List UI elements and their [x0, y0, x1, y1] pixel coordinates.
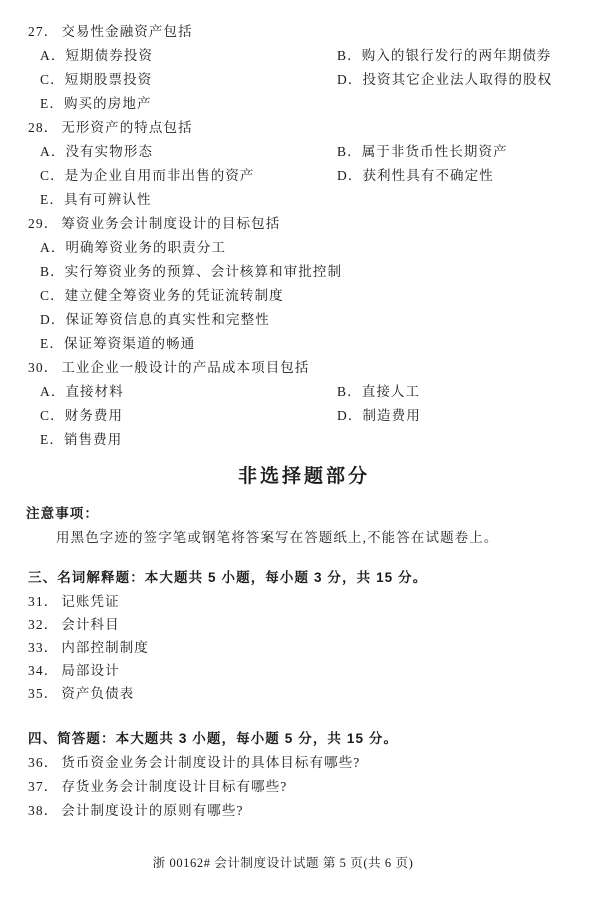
item-36-number: 36． [28, 755, 61, 770]
question-28-title-text: 无形资产的特点包括 [61, 120, 192, 135]
section-3-heading: 三、名词解释题：本大题共 5 小题，每小题 3 分，共 15 分。 [28, 566, 580, 590]
item-37: 37．存货业务会计制度设计目标有哪些? [28, 775, 580, 799]
item-31-number: 31． [28, 594, 61, 609]
option-row: C．建立健全筹资业务的凭证流转制度 [28, 284, 580, 308]
section-4-items: 36．货币资金业务会计制度设计的具体目标有哪些? 37．存货业务会计制度设计目标… [28, 751, 580, 823]
question-28-number: 28． [28, 120, 61, 135]
item-32-number: 32． [28, 617, 61, 632]
question-30-title-text: 工业企业一般设计的产品成本项目包括 [61, 360, 309, 375]
option-row: C．财务费用 D．制造费用 [28, 404, 580, 428]
option-28-e: E．具有可辨认性 [40, 192, 152, 207]
item-37-text: 存货业务会计制度设计目标有哪些? [61, 779, 287, 794]
option-27-d: D．投资其它企业法人取得的股权 [337, 68, 552, 92]
section-4-heading: 四、简答题：本大题共 3 小题，每小题 5 分，共 15 分。 [28, 727, 580, 751]
option-30-c-text: 财务费用 [65, 408, 123, 423]
option-29-b: B．实行筹资业务的预算、会计核算和审批控制 [40, 264, 342, 279]
section-3: 三、名词解释题：本大题共 5 小题，每小题 3 分，共 15 分。 31．记账凭… [28, 566, 580, 705]
option-28-a: A．没有实物形态 [40, 140, 337, 164]
question-28: 28．无形资产的特点包括 A．没有实物形态 B．属于非货币性长期资产 C．是为企… [28, 116, 580, 212]
question-29-number: 29． [28, 216, 61, 231]
notice-heading: 注意事项： [26, 502, 580, 526]
option-28-d: D．获利性具有不确定性 [337, 164, 494, 188]
option-28-c-text: 是为企业自用而非出售的资产 [65, 168, 255, 183]
question-27: 27．交易性金融资产包括 A．短期债券投资 B．购入的银行发行的两年期债券 C．… [28, 20, 580, 116]
option-27-c-text: 短期股票投资 [65, 72, 153, 87]
option-row: B．实行筹资业务的预算、会计核算和审批控制 [28, 260, 580, 284]
option-28-d-label: D． [337, 168, 362, 183]
option-30-e-text: 销售费用 [64, 432, 122, 447]
option-27-a: A．短期债券投资 [40, 44, 337, 68]
option-row: E．购买的房地产 [28, 92, 580, 116]
item-35-text: 资产负债表 [61, 686, 134, 701]
section-3-items: 31．记账凭证 32．会计科目 33．内部控制制度 34．局部设计 35．资产负… [28, 590, 580, 705]
question-30-number: 30． [28, 360, 61, 375]
notice-text: 用黑色字迹的签字笔或钢笔将答案写在答题纸上,不能答在试题卷上。 [28, 526, 580, 550]
option-29-a-text: 明确筹资业务的职责分工 [65, 240, 226, 255]
option-27-e-text: 购买的房地产 [64, 96, 152, 111]
question-28-title: 28．无形资产的特点包括 [28, 116, 580, 140]
item-32: 32．会计科目 [28, 613, 580, 636]
item-32-text: 会计科目 [61, 617, 119, 632]
option-row: A．明确筹资业务的职责分工 [28, 236, 580, 260]
question-27-options: A．短期债券投资 B．购入的银行发行的两年期债券 C．短期股票投资 D．投资其它… [28, 44, 580, 116]
option-29-d-text: 保证筹资信息的真实性和完整性 [65, 312, 269, 327]
option-29-d: D．保证筹资信息的真实性和完整性 [40, 312, 270, 327]
item-31-text: 记账凭证 [61, 594, 119, 609]
item-36-text: 货币资金业务会计制度设计的具体目标有哪些? [61, 755, 360, 770]
option-row: C．短期股票投资 D．投资其它企业法人取得的股权 [28, 68, 580, 92]
option-row: C．是为企业自用而非出售的资产 D．获利性具有不确定性 [28, 164, 580, 188]
option-27-e: E．购买的房地产 [40, 96, 152, 111]
question-30-options: A．直接材料 B．直接人工 C．财务费用 D．制造费用 E．销售费用 [28, 380, 580, 452]
item-35: 35．资产负债表 [28, 682, 580, 705]
question-27-number: 27． [28, 24, 61, 39]
option-29-e-label: E． [40, 336, 64, 351]
option-29-c: C．建立健全筹资业务的凭证流转制度 [40, 288, 284, 303]
page-footer: 浙 00162# 会计制度设计试题 第 5 页(共 6 页) [0, 853, 566, 871]
item-38: 38．会计制度设计的原则有哪些? [28, 799, 580, 823]
item-35-number: 35． [28, 686, 61, 701]
item-34-number: 34． [28, 663, 61, 678]
option-30-a-text: 直接材料 [65, 384, 123, 399]
item-34: 34．局部设计 [28, 659, 580, 682]
option-27-b: B．购入的银行发行的两年期债券 [337, 44, 552, 68]
item-38-text: 会计制度设计的原则有哪些? [61, 803, 243, 818]
option-30-c-label: C． [40, 408, 65, 423]
item-33-number: 33． [28, 640, 61, 655]
exam-content: 27．交易性金融资产包括 A．短期债券投资 B．购入的银行发行的两年期债券 C．… [0, 0, 596, 823]
option-30-b-label: B． [337, 384, 362, 399]
option-28-b: B．属于非货币性长期资产 [337, 140, 508, 164]
option-27-b-text: 购入的银行发行的两年期债券 [362, 48, 552, 63]
option-30-e: E．销售费用 [40, 432, 122, 447]
question-29-title: 29．筹资业务会计制度设计的目标包括 [28, 212, 580, 236]
option-row: D．保证筹资信息的真实性和完整性 [28, 308, 580, 332]
question-30: 30．工业企业一般设计的产品成本项目包括 A．直接材料 B．直接人工 C．财务费… [28, 356, 580, 452]
option-27-c: C．短期股票投资 [40, 68, 337, 92]
option-30-a-label: A． [40, 384, 65, 399]
option-28-e-label: E． [40, 192, 64, 207]
item-36: 36．货币资金业务会计制度设计的具体目标有哪些? [28, 751, 580, 775]
question-27-title-text: 交易性金融资产包括 [61, 24, 192, 39]
option-28-b-text: 属于非货币性长期资产 [362, 144, 508, 159]
option-30-a: A．直接材料 [40, 380, 337, 404]
option-29-b-text: 实行筹资业务的预算、会计核算和审批控制 [65, 264, 342, 279]
option-28-d-text: 获利性具有不确定性 [362, 168, 493, 183]
option-28-a-text: 没有实物形态 [65, 144, 153, 159]
item-38-number: 38． [28, 803, 61, 818]
option-27-e-label: E． [40, 96, 64, 111]
option-27-d-text: 投资其它企业法人取得的股权 [362, 72, 552, 87]
option-27-d-label: D． [337, 72, 362, 87]
option-row: E．销售费用 [28, 428, 580, 452]
option-29-d-label: D． [40, 312, 65, 327]
option-29-c-label: C． [40, 288, 65, 303]
option-29-c-text: 建立健全筹资业务的凭证流转制度 [65, 288, 284, 303]
option-29-a: A．明确筹资业务的职责分工 [40, 240, 226, 255]
item-34-text: 局部设计 [61, 663, 119, 678]
question-30-title: 30．工业企业一般设计的产品成本项目包括 [28, 356, 580, 380]
option-row: A．直接材料 B．直接人工 [28, 380, 580, 404]
option-row: A．没有实物形态 B．属于非货币性长期资产 [28, 140, 580, 164]
option-28-c-label: C． [40, 168, 65, 183]
question-29-title-text: 筹资业务会计制度设计的目标包括 [61, 216, 280, 231]
option-29-e-text: 保证筹资渠道的畅通 [64, 336, 195, 351]
item-37-number: 37． [28, 779, 61, 794]
option-27-a-label: A． [40, 48, 65, 63]
option-28-c: C．是为企业自用而非出售的资产 [40, 164, 337, 188]
option-row: E．保证筹资渠道的畅通 [28, 332, 580, 356]
question-27-title: 27．交易性金融资产包括 [28, 20, 580, 44]
option-29-e: E．保证筹资渠道的畅通 [40, 336, 195, 351]
question-28-options: A．没有实物形态 B．属于非货币性长期资产 C．是为企业自用而非出售的资产 D．… [28, 140, 580, 212]
nonselective-section-heading: 非选择题部分 [28, 464, 580, 490]
option-28-b-label: B． [337, 144, 362, 159]
option-30-d: D．制造费用 [337, 404, 421, 428]
option-30-b: B．直接人工 [337, 380, 420, 404]
option-30-d-text: 制造费用 [362, 408, 420, 423]
option-30-b-text: 直接人工 [362, 384, 420, 399]
option-row: A．短期债券投资 B．购入的银行发行的两年期债券 [28, 44, 580, 68]
item-33: 33．内部控制制度 [28, 636, 580, 659]
item-31: 31．记账凭证 [28, 590, 580, 613]
question-29-options: A．明确筹资业务的职责分工 B．实行筹资业务的预算、会计核算和审批控制 C．建立… [28, 236, 580, 356]
option-30-c: C．财务费用 [40, 404, 337, 428]
option-29-a-label: A． [40, 240, 65, 255]
option-30-e-label: E． [40, 432, 64, 447]
question-29: 29．筹资业务会计制度设计的目标包括 A．明确筹资业务的职责分工 B．实行筹资业… [28, 212, 580, 356]
option-27-a-text: 短期债券投资 [65, 48, 153, 63]
option-30-d-label: D． [337, 408, 362, 423]
option-row: E．具有可辨认性 [28, 188, 580, 212]
option-27-b-label: B． [337, 48, 362, 63]
section-4: 四、简答题：本大题共 3 小题，每小题 5 分，共 15 分。 36．货币资金业… [28, 727, 580, 823]
option-28-a-label: A． [40, 144, 65, 159]
exam-page: 27．交易性金融资产包括 A．短期债券投资 B．购入的银行发行的两年期债券 C．… [0, 0, 596, 823]
option-27-c-label: C． [40, 72, 65, 87]
option-28-e-text: 具有可辨认性 [64, 192, 152, 207]
item-33-text: 内部控制制度 [61, 640, 149, 655]
option-29-b-label: B． [40, 264, 65, 279]
